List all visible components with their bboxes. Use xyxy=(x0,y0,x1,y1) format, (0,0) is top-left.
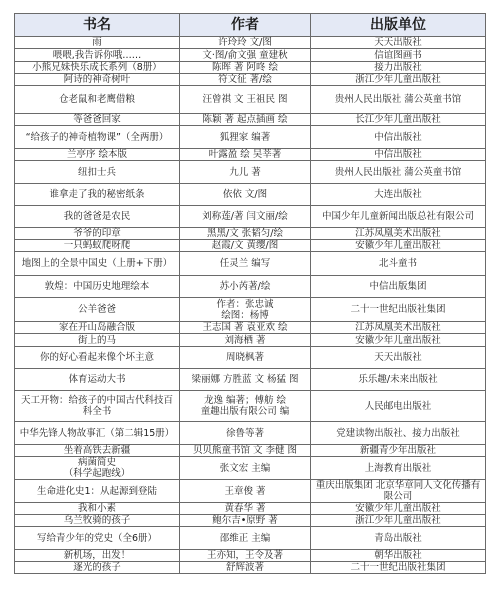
author-cell: 龙逸 编著；傅舫 绘 童趣出版有限公司 编 xyxy=(180,391,311,422)
book-title-cell: 纽扣士兵 xyxy=(15,161,180,184)
book-title-cell: 家在开山岛融合版 xyxy=(15,322,180,334)
table-row: 家在开山岛融合版王志国 著 袁亚欢 绘江苏凤凰美术出版社 xyxy=(15,322,486,334)
table-row: 雨许玲玲 文/图天天出版社 xyxy=(15,37,486,49)
table-row: 兰亭序 绘本版叶露盈 绘 吴莘著中信出版社 xyxy=(15,149,486,161)
publisher-cell: 新疆青少年出版社 xyxy=(311,445,486,457)
author-cell: 贝贝熊童书馆 文 李健 图 xyxy=(180,445,311,457)
book-title-cell: 中华先锋人物故事汇（第二辑15册） xyxy=(15,422,180,445)
author-cell: 文·图/俞文强 童建秋 xyxy=(180,49,311,62)
table-row: 仓老鼠和老鹰借粮汪曾祺 文 王祖民 图贵州人民出版社 蒲公英童书馆 xyxy=(15,86,486,114)
publisher-cell: 安徽少年儿童出版社 xyxy=(311,334,486,347)
publisher-cell: 贵州人民出版社 蒲公英童书馆 xyxy=(311,86,486,114)
table-row: 新机场，出发！王亦知，王令及著朝华出版社 xyxy=(15,550,486,562)
table-row: 你的好心看起来像个坏主意周晓枫著天天出版社 xyxy=(15,347,486,369)
author-cell: 赵霞/文 黄缨/图 xyxy=(180,240,311,252)
publisher-cell: 中信出版社 xyxy=(311,126,486,149)
table-row: 地图上的全景中国史（上册+下册）任灵兰 编写北斗童书 xyxy=(15,252,486,276)
book-title-cell: 坐着高铁去新疆 xyxy=(15,445,180,457)
table-row: 街上的马刘海栖 著安徽少年儿童出版社 xyxy=(15,334,486,347)
author-cell: 依依 文/图 xyxy=(180,184,311,206)
author-cell: 狐狸家 编著 xyxy=(180,126,311,149)
table-row: 逐光的孩子舒辉波著二十一世纪出版社集团 xyxy=(15,562,486,574)
book-title-cell: 我的爸爸是农民 xyxy=(15,206,180,228)
book-title-cell: 写给青少年的党史（全6册） xyxy=(15,527,180,550)
book-title-cell: 乌兰牧骑的孩子 xyxy=(15,515,180,527)
author-cell: 许玲玲 文/图 xyxy=(180,37,311,49)
table-row: 我的爸爸是农民刘称莲/著 闫文丽/绘中国少年儿童新闻出版总社有限公司 xyxy=(15,206,486,228)
author-cell: 王亦知，王令及著 xyxy=(180,550,311,562)
book-title-cell: 仓老鼠和老鹰借粮 xyxy=(15,86,180,114)
publisher-cell: 信谊图画书 xyxy=(311,49,486,62)
author-cell: 汪曾祺 文 王祖民 图 xyxy=(180,86,311,114)
table-row: 生命进化史1：从起源到登陆王章俊 著重庆出版集团 北京华章同人文化传播有限公司 xyxy=(15,480,486,503)
table-row: 中华先锋人物故事汇（第二辑15册）徐鲁等著党建读物出版社、接力出版社 xyxy=(15,422,486,445)
publisher-cell: 二十一世纪出版社集团 xyxy=(311,562,486,574)
author-cell: 邵维正 主编 xyxy=(180,527,311,550)
publisher-cell: 天天出版社 xyxy=(311,37,486,49)
table-row: 等爸爸回家陈颖 著 起点插画 绘长江少年儿童出版社 xyxy=(15,114,486,126)
book-title-cell: 兰亭序 绘本版 xyxy=(15,149,180,161)
book-title-cell: 你的好心看起来像个坏主意 xyxy=(15,347,180,369)
book-title-cell: 一只蚂蚁爬呀爬 xyxy=(15,240,180,252)
book-title-cell: 谁拿走了我的秘密纸条 xyxy=(15,184,180,206)
publisher-cell: 贵州人民出版社 蒲公英童书馆 xyxy=(311,161,486,184)
publisher-cell: 乐乐趣/未来出版社 xyxy=(311,369,486,391)
table-row: 病菌简史 （科学起跑线）张文宏 主编上海教育出版社 xyxy=(15,457,486,480)
book-title-cell: “给孩子的神奇植物课”（全两册） xyxy=(15,126,180,149)
book-title-cell: 新机场，出发！ xyxy=(15,550,180,562)
table-row: 天工开物：给孩子的中国古代科技百科全书龙逸 编著；傅舫 绘 童趣出版有限公司 编… xyxy=(15,391,486,422)
book-title-cell: 病菌简史 （科学起跑线） xyxy=(15,457,180,480)
book-list-table: 书名 作者 出版单位 雨许玲玲 文/图天天出版社喂喂,我告诉你哦……文·图/俞文… xyxy=(14,13,486,574)
author-cell: 任灵兰 编写 xyxy=(180,252,311,276)
book-title-cell: 雨 xyxy=(15,37,180,49)
header-publisher: 出版单位 xyxy=(311,14,486,37)
table-row: 爷爷的印章黑黑/文 张韬匀/绘江苏凤凰美术出版社 xyxy=(15,228,486,240)
book-title-cell: 爷爷的印章 xyxy=(15,228,180,240)
book-title-cell: 地图上的全景中国史（上册+下册） xyxy=(15,252,180,276)
book-title-cell: 小熊兄妹快乐成长系列（8册） xyxy=(15,62,180,74)
publisher-cell: 天天出版社 xyxy=(311,347,486,369)
author-cell: 黄春华 著 xyxy=(180,503,311,515)
publisher-cell: 北斗童书 xyxy=(311,252,486,276)
book-title-cell: 喂喂,我告诉你哦…… xyxy=(15,49,180,62)
publisher-cell: 上海教育出版社 xyxy=(311,457,486,480)
publisher-cell: 党建读物出版社、接力出版社 xyxy=(311,422,486,445)
table-row: 小熊兄妹快乐成长系列（8册）陈晖 著 阿咚 绘接力出版社 xyxy=(15,62,486,74)
author-cell: 周晓枫著 xyxy=(180,347,311,369)
publisher-cell: 安徽少年儿童出版社 xyxy=(311,503,486,515)
publisher-cell: 人民邮电出版社 xyxy=(311,391,486,422)
book-title-cell: 敦煌：中国历史地理绘本 xyxy=(15,276,180,298)
author-cell: 鲍尔吉•原野 著 xyxy=(180,515,311,527)
author-cell: 叶露盈 绘 吴莘著 xyxy=(180,149,311,161)
author-cell: 九儿 著 xyxy=(180,161,311,184)
author-cell: 张文宏 主编 xyxy=(180,457,311,480)
table-row: “给孩子的神奇植物课”（全两册）狐狸家 编著中信出版社 xyxy=(15,126,486,149)
table-row: 谁拿走了我的秘密纸条依依 文/图大连出版社 xyxy=(15,184,486,206)
table-row: 阿诗的神奇树叶符文征 著/绘浙江少年儿童出版社 xyxy=(15,74,486,86)
publisher-cell: 浙江少年儿童出版社 xyxy=(311,74,486,86)
table-row: 一只蚂蚁爬呀爬赵霞/文 黄缨/图安徽少年儿童出版社 xyxy=(15,240,486,252)
author-cell: 作者：张忠诚 绘图：杨博 xyxy=(180,298,311,322)
table-row: 体育运动大书梁丽娜 方胜蓝 文 杨猛 图乐乐趣/未来出版社 xyxy=(15,369,486,391)
author-cell: 陈晖 著 阿咚 绘 xyxy=(180,62,311,74)
table-row: 坐着高铁去新疆贝贝熊童书馆 文 李健 图新疆青少年出版社 xyxy=(15,445,486,457)
publisher-cell: 二十一世纪出版社集团 xyxy=(311,298,486,322)
table-row: 乌兰牧骑的孩子鲍尔吉•原野 著浙江少年儿童出版社 xyxy=(15,515,486,527)
author-cell: 刘称莲/著 闫文丽/绘 xyxy=(180,206,311,228)
book-title-cell: 公羊爸爸 xyxy=(15,298,180,322)
publisher-cell: 浙江少年儿童出版社 xyxy=(311,515,486,527)
author-cell: 符文征 著/绘 xyxy=(180,74,311,86)
author-cell: 王志国 著 袁亚欢 绘 xyxy=(180,322,311,334)
book-title-cell: 逐光的孩子 xyxy=(15,562,180,574)
publisher-cell: 重庆出版集团 北京华章同人文化传播有限公司 xyxy=(311,480,486,503)
header-title: 书名 xyxy=(15,14,180,37)
book-title-cell: 生命进化史1：从起源到登陆 xyxy=(15,480,180,503)
author-cell: 苏小芮著/绘 xyxy=(180,276,311,298)
author-cell: 陈颖 著 起点插画 绘 xyxy=(180,114,311,126)
book-title-cell: 我和小素 xyxy=(15,503,180,515)
table-row: 公羊爸爸作者：张忠诚 绘图：杨博二十一世纪出版社集团 xyxy=(15,298,486,322)
book-title-cell: 天工开物：给孩子的中国古代科技百科全书 xyxy=(15,391,180,422)
table-row: 我和小素黄春华 著安徽少年儿童出版社 xyxy=(15,503,486,515)
publisher-cell: 接力出版社 xyxy=(311,62,486,74)
author-cell: 刘海栖 著 xyxy=(180,334,311,347)
table-row: 敦煌：中国历史地理绘本苏小芮著/绘中信出版集团 xyxy=(15,276,486,298)
table-row: 喂喂,我告诉你哦……文·图/俞文强 童建秋信谊图画书 xyxy=(15,49,486,62)
publisher-cell: 朝华出版社 xyxy=(311,550,486,562)
header-author: 作者 xyxy=(180,14,311,37)
header-row: 书名 作者 出版单位 xyxy=(15,14,486,37)
publisher-cell: 中国少年儿童新闻出版总社有限公司 xyxy=(311,206,486,228)
publisher-cell: 中信出版社 xyxy=(311,149,486,161)
publisher-cell: 江苏凤凰美术出版社 xyxy=(311,322,486,334)
book-title-cell: 街上的马 xyxy=(15,334,180,347)
publisher-cell: 江苏凤凰美术出版社 xyxy=(311,228,486,240)
author-cell: 梁丽娜 方胜蓝 文 杨猛 图 xyxy=(180,369,311,391)
book-title-cell: 等爸爸回家 xyxy=(15,114,180,126)
publisher-cell: 中信出版集团 xyxy=(311,276,486,298)
table-row: 写给青少年的党史（全6册）邵维正 主编青岛出版社 xyxy=(15,527,486,550)
author-cell: 徐鲁等著 xyxy=(180,422,311,445)
book-title-cell: 体育运动大书 xyxy=(15,369,180,391)
book-title-cell: 阿诗的神奇树叶 xyxy=(15,74,180,86)
table-row: 纽扣士兵九儿 著贵州人民出版社 蒲公英童书馆 xyxy=(15,161,486,184)
publisher-cell: 青岛出版社 xyxy=(311,527,486,550)
author-cell: 舒辉波著 xyxy=(180,562,311,574)
publisher-cell: 长江少年儿童出版社 xyxy=(311,114,486,126)
author-cell: 黑黑/文 张韬匀/绘 xyxy=(180,228,311,240)
publisher-cell: 安徽少年儿童出版社 xyxy=(311,240,486,252)
publisher-cell: 大连出版社 xyxy=(311,184,486,206)
author-cell: 王章俊 著 xyxy=(180,480,311,503)
